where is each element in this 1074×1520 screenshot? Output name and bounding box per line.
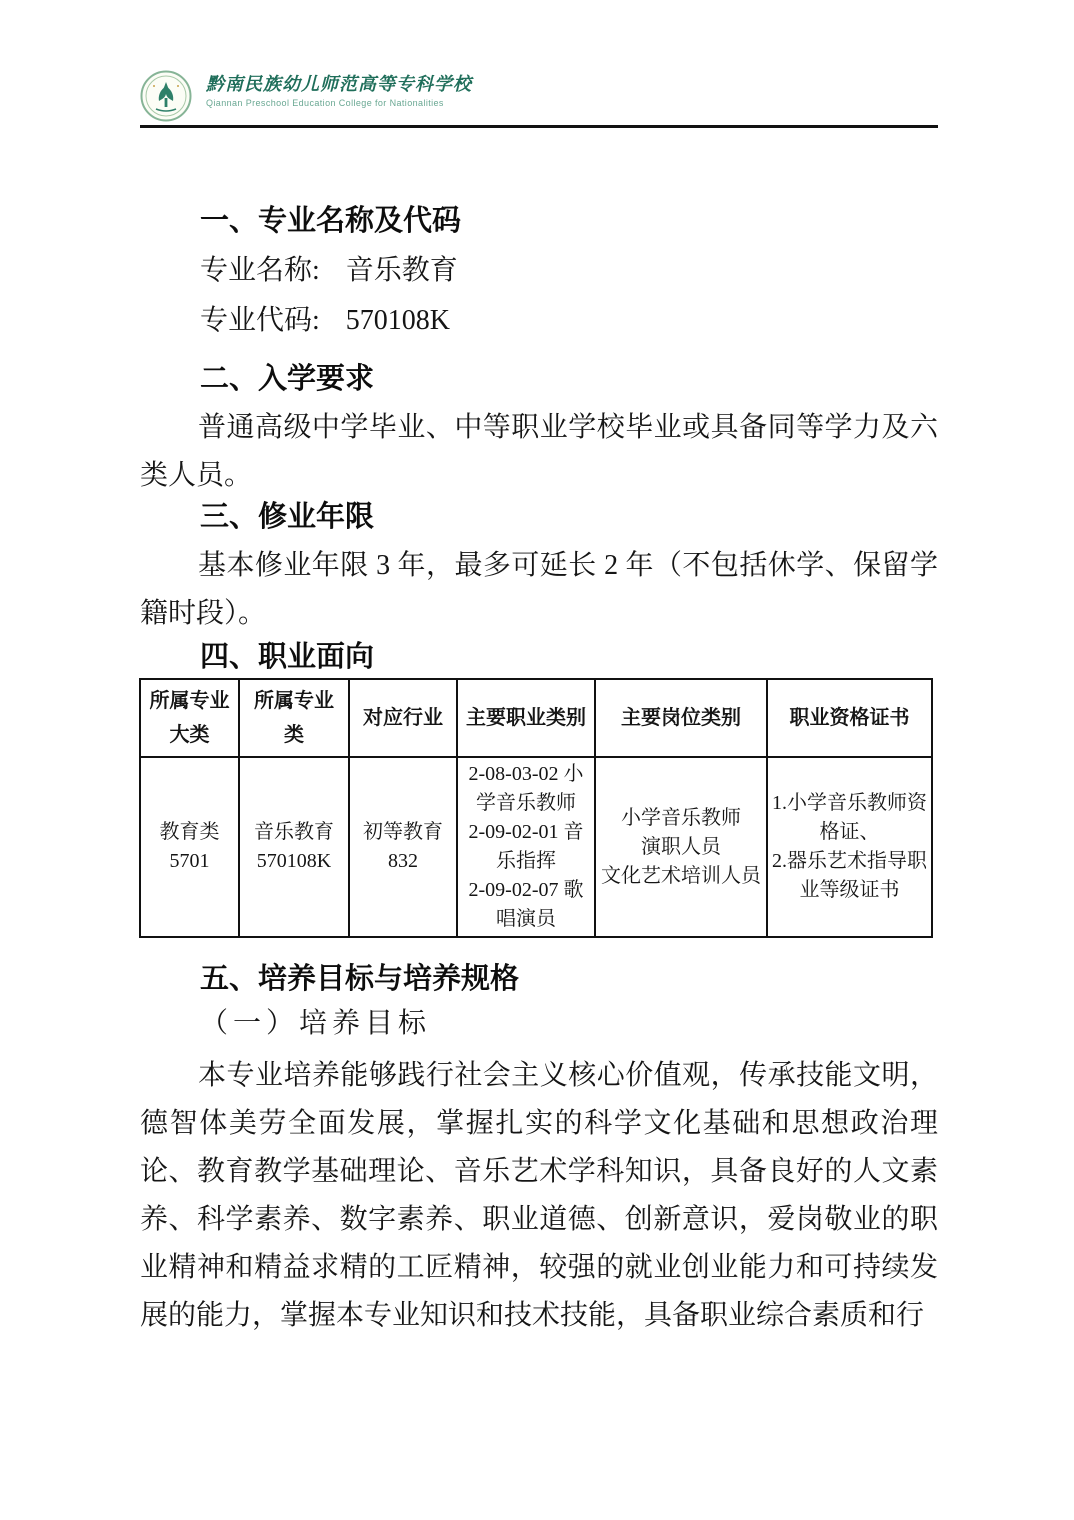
major-code-line: 专业代码:570108K: [140, 296, 938, 346]
header-industry: 对应行业: [349, 679, 457, 757]
header-post-category: 主要岗位类别: [595, 679, 767, 757]
major-name-value: 音乐教育: [346, 255, 458, 286]
study-duration-paragraph: 基本修业年限 3 年，最多可延长 2 年（不包括休学、保留学籍时段）。: [140, 542, 938, 638]
section-heading-1: 一、专业名称及代码: [140, 204, 938, 238]
section-heading-2: 二、入学要求: [140, 362, 938, 396]
page-header: 黔南民族幼儿师范高等专科学校 Qiannan Preschool Educati…: [140, 0, 938, 128]
cell-major-class: 音乐教育 570108K: [239, 757, 349, 937]
college-logo-seal-icon: [140, 70, 192, 122]
cell-certificates: 1.小学音乐教师资格证、 2.器乐艺术指导职业等级证书: [767, 757, 932, 937]
header-certificates: 职业资格证书: [767, 679, 932, 757]
career-orientation-table: 所属专业 大类 所属专业 类 对应行业 主要职业类别 主要岗位类别 职业资格证书…: [139, 678, 933, 938]
document-page: 黔南民族幼儿师范高等专科学校 Qiannan Preschool Educati…: [0, 0, 1074, 1520]
college-brand: 黔南民族幼儿师范高等专科学校 Qiannan Preschool Educati…: [206, 70, 472, 110]
subsection-heading-training-objectives: （一）培养目标: [140, 1006, 938, 1042]
career-table-body: 教育类 5701 音乐教育 570108K 初等教育 832 2-08-03-0…: [140, 757, 932, 937]
table-row: 教育类 5701 音乐教育 570108K 初等教育 832 2-08-03-0…: [140, 757, 932, 937]
header-major-class: 所属专业 类: [239, 679, 349, 757]
major-code-label: 专业代码:: [200, 305, 320, 336]
major-code-value: 570108K: [346, 305, 450, 336]
header-major-category: 所属专业 大类: [140, 679, 239, 757]
table-header-row: 所属专业 大类 所属专业 类 对应行业 主要职业类别 主要岗位类别 职业资格证书: [140, 679, 932, 757]
cell-major-category: 教育类 5701: [140, 757, 239, 937]
section-heading-4: 四、职业面向: [140, 640, 938, 674]
college-name-calligraphy: 黔南民族幼儿师范高等专科学校: [206, 73, 472, 95]
header-occupation-category: 主要职业类别: [457, 679, 595, 757]
college-name-english: Qiannan Preschool Education College for …: [206, 97, 472, 110]
cell-occupation-category: 2-08-03-02 小学音乐教师 2-09-02-01 音乐指挥 2-09-0…: [457, 757, 595, 937]
cell-industry: 初等教育 832: [349, 757, 457, 937]
section-heading-3: 三、修业年限: [140, 500, 938, 534]
cell-post-category: 小学音乐教师 演职人员 文化艺术培训人员: [595, 757, 767, 937]
admission-requirements-paragraph: 普通高级中学毕业、中等职业学校毕业或具备同等学力及六类人员。: [140, 404, 938, 500]
section-heading-5: 五、培养目标与培养规格: [140, 962, 938, 996]
document-body: 一、专业名称及代码 专业名称:音乐教育 专业代码:570108K 二、入学要求 …: [140, 204, 938, 1340]
career-table-header: 所属专业 大类 所属专业 类 对应行业 主要职业类别 主要岗位类别 职业资格证书: [140, 679, 932, 757]
major-name-label: 专业名称:: [200, 255, 320, 286]
training-objectives-paragraph: 本专业培养能够践行社会主义核心价值观，传承技能文明，德智体美劳全面发展，掌握扎实…: [140, 1052, 938, 1340]
major-name-line: 专业名称:音乐教育: [140, 246, 938, 296]
